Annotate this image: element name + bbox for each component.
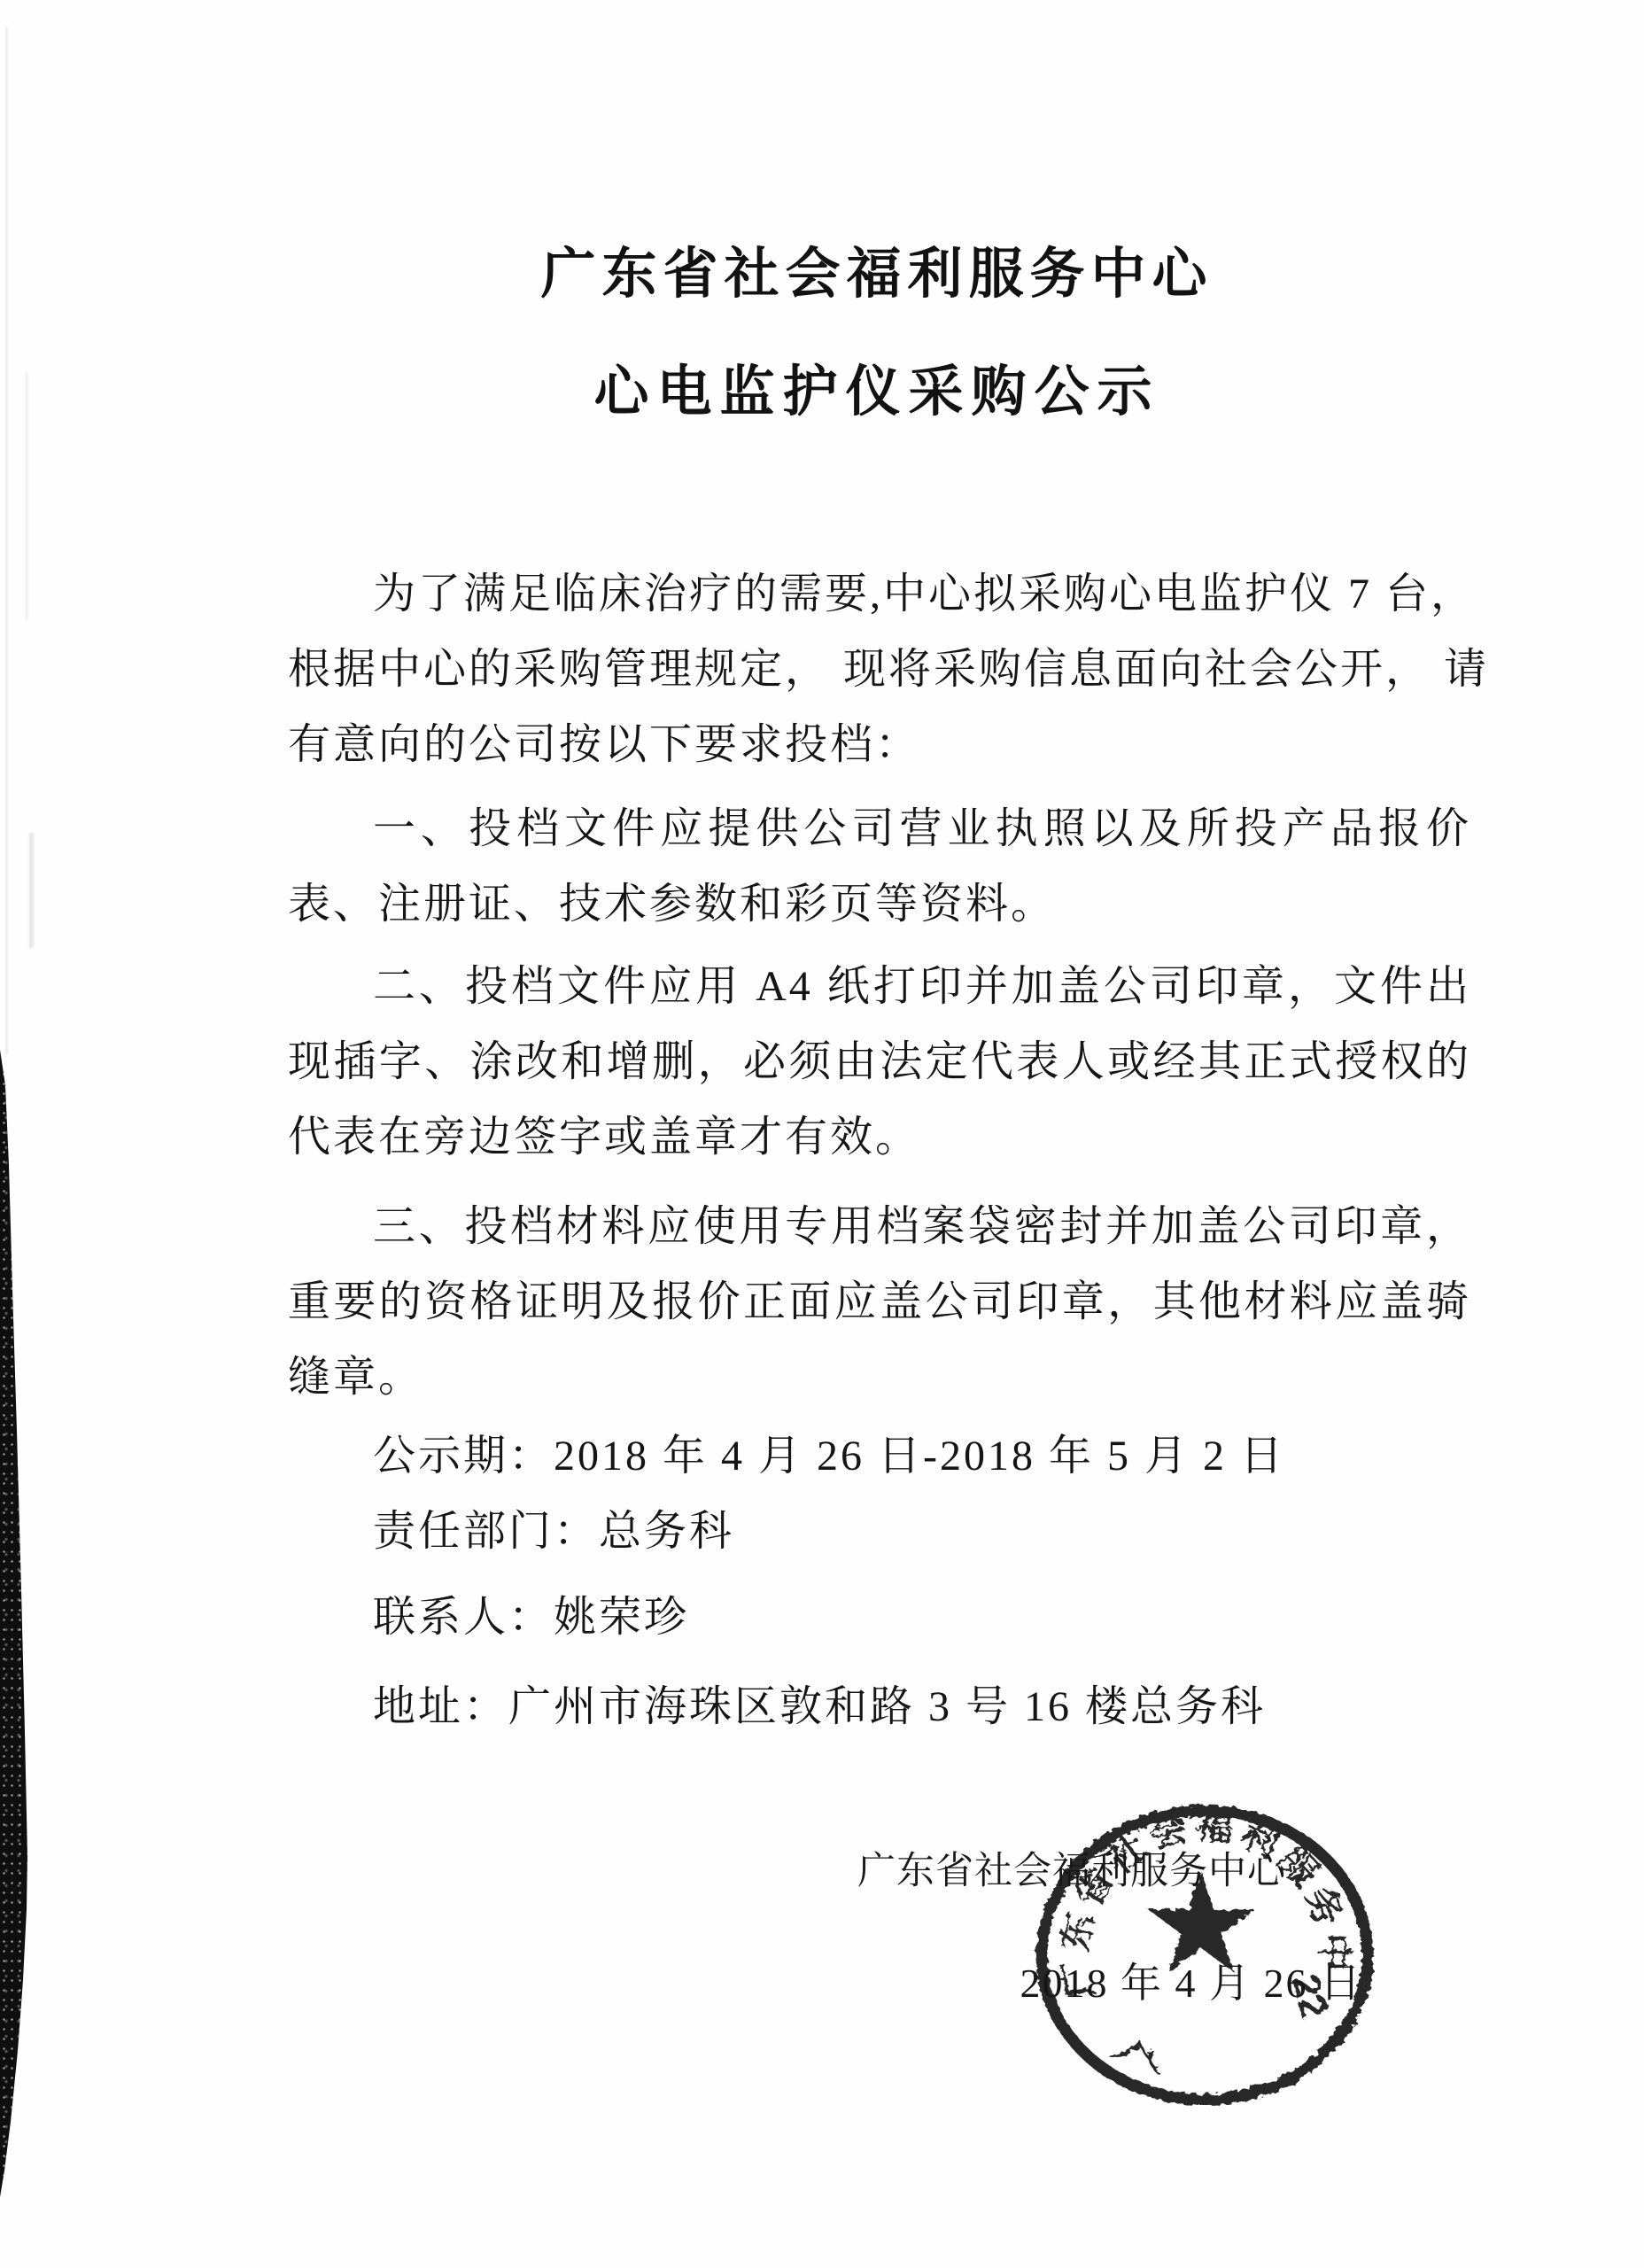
scan-streak-artifact bbox=[29, 833, 34, 948]
body-line: 代表在旁边签字或盖章才有效。 bbox=[288, 1099, 1471, 1175]
document-title-line-1: 广东省社会福利服务中心 bbox=[283, 232, 1470, 316]
seal-right-mark: 22 bbox=[1283, 1969, 1337, 2023]
document-header: 广东省社会福利服务中心 心电监护仪采购公示 bbox=[283, 232, 1470, 434]
official-seal: 广东省社会福利服务中心 广 22 bbox=[1027, 1791, 1382, 2119]
body-line: 根据中心的采购管理规定， 现将采购信息面向社会公开， 请 bbox=[288, 632, 1471, 707]
contact-person-line: 联系人：姚荣珍 bbox=[288, 1580, 1471, 1655]
body-line: 重要的资格证明及报价正面应盖公司印章，其他材料应盖骑 bbox=[288, 1264, 1471, 1340]
scan-edge-artifact bbox=[0, 1050, 32, 2197]
body-line: 有意向的公司按以下要求投档： bbox=[288, 707, 1471, 782]
document-title-line-2: 心电监护仪采购公示 bbox=[283, 350, 1470, 434]
scan-streak-artifact bbox=[25, 372, 28, 620]
seal-arc-text: 广东省社会福利服务中心 bbox=[1027, 1791, 1354, 2001]
body-line: 一、投档文件应提供公司营业执照以及所投产品报价 bbox=[288, 791, 1471, 866]
scan-streak-artifact bbox=[5, 27, 8, 1054]
star-icon bbox=[1148, 1871, 1254, 1972]
address-line: 地址：广州市海珠区敦和路 3 号 16 楼总务科 bbox=[288, 1669, 1471, 1744]
body-line: 现插字、涂改和增删，必须由法定代表人或经其正式授权的 bbox=[288, 1024, 1471, 1099]
document-page: 广东省社会福利服务中心 心电监护仪采购公示 为了满足临床治疗的需要,中心拟采购心… bbox=[0, 0, 1644, 2268]
document-body: 为了满足临床治疗的需要,中心拟采购心电监护仪 7 台， 根据中心的采购管理规定，… bbox=[288, 556, 1471, 1744]
body-line: 表、注册证、技术参数和彩页等资料。 bbox=[288, 866, 1471, 942]
responsible-dept-line: 责任部门：总务科 bbox=[288, 1494, 1471, 1569]
publicity-period-line: 公示期：2018 年 4 月 26 日-2018 年 5 月 2 日 bbox=[288, 1418, 1471, 1494]
svg-text:广东省社会福利服务中心: 广东省社会福利服务中心 bbox=[1027, 1791, 1354, 2001]
seal-left-mark: 广 bbox=[1104, 2033, 1166, 2094]
body-line: 二、投档文件应用 A4 纸打印并加盖公司印章，文件出 bbox=[288, 949, 1471, 1024]
body-line: 三、投档材料应使用专用档案袋密封并加盖公司印章， bbox=[288, 1189, 1471, 1264]
body-line: 缝章。 bbox=[288, 1340, 1471, 1415]
body-line: 为了满足临床治疗的需要,中心拟采购心电监护仪 7 台， bbox=[288, 556, 1471, 632]
